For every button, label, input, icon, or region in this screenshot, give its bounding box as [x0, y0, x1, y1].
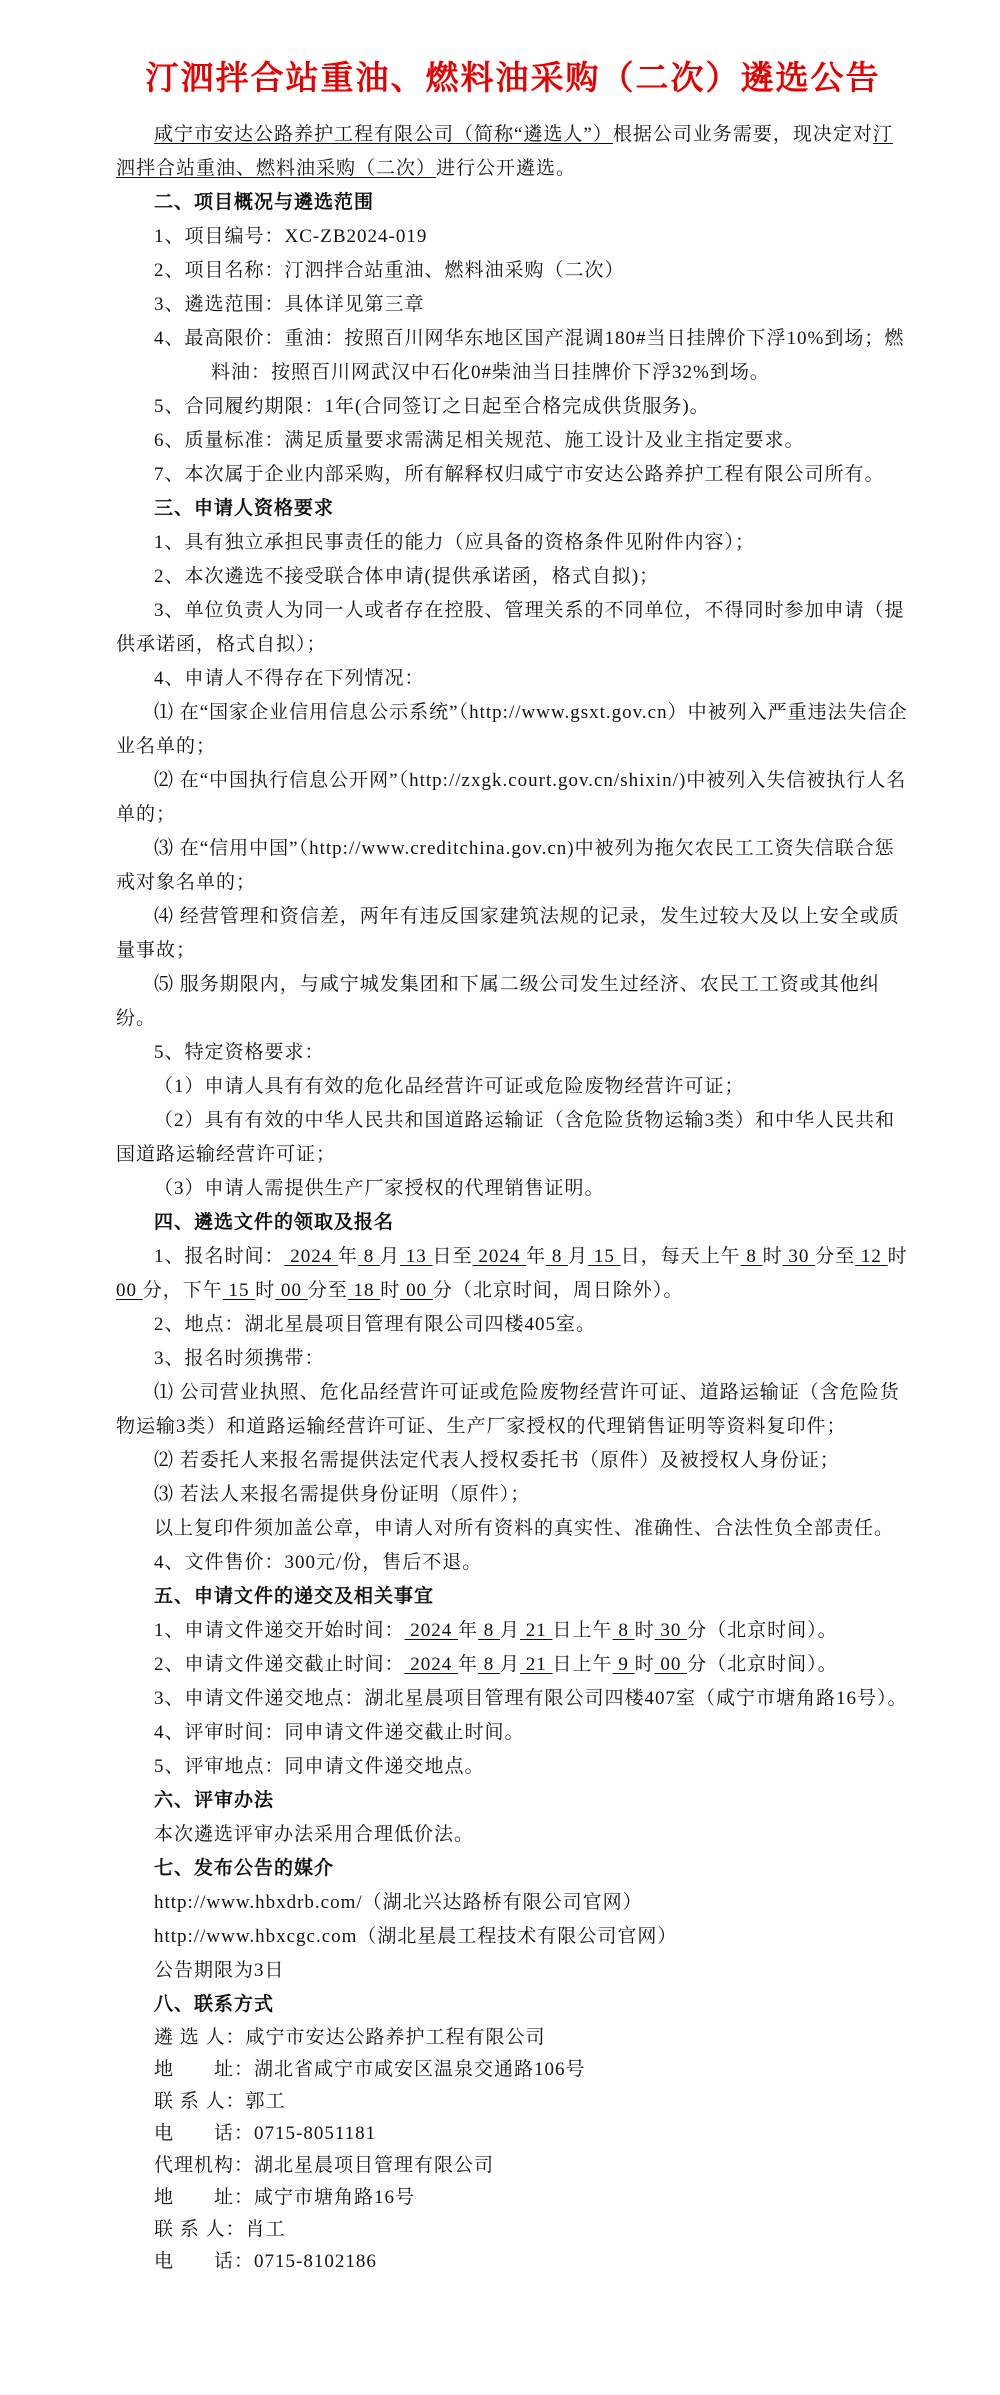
contact-value: 湖北省咸宁市咸安区温泉交通路106号 [254, 2059, 586, 2080]
specific-qualification-sub-item: （1）申请人具有有效的危化品经营许可证或危险废物经营许可证； [116, 1070, 910, 1104]
contact-label: 联 系 人： [154, 2219, 246, 2240]
qualification-item: 1、具有独立承担民事责任的能力（应具备的资格条件见附件内容）； [116, 526, 910, 560]
contact-value: 0715-8051181 [254, 2123, 376, 2144]
price-limit-item: 4、最高限价：重油：按照百川网华东地区国产混调180#当日挂牌价下浮10%到场；… [116, 322, 910, 390]
disqualification-sub-item: ⑶ 在“信用中国”（http://www.creditchina.gov.cn)… [116, 832, 910, 900]
contact-label: 地 址： [154, 2187, 254, 2208]
announcement-url: http://www.hbxcgc.com（湖北星晨工程技术有限公司官网） [116, 1920, 910, 1954]
qualification-item: 4、申请人不得存在下列情况： [116, 662, 910, 696]
specific-qualification-sub-item: （2）具有有效的中华人民共和国道路运输证（含危险货物运输3类）和中华人民共和国道… [116, 1104, 910, 1172]
quality-standard-item: 6、质量标准：满足质量要求需满足相关规范、施工设计及业主指定要求。 [116, 424, 910, 458]
section-8-heading: 八、联系方式 [116, 1988, 910, 2022]
announcement-period: 公告期限为3日 [116, 1954, 910, 1988]
section-3-heading: 三、申请人资格要求 [116, 492, 910, 526]
disqualification-sub-item: ⑵ 在“中国执行信息公开网”（http://zxgk.court.gov.cn/… [116, 764, 910, 832]
contact-row-person: 联 系 人：郭工 [116, 2086, 910, 2118]
section-5-heading: 五、申请文件的递交及相关事宜 [116, 1580, 910, 1614]
contact-label: 地 址： [154, 2059, 254, 2080]
qualification-item: 5、特定资格要求： [116, 1036, 910, 1070]
submission-start-item: 1、申请文件递交开始时间： 2024 年 8 月 21 日上午 8 时 30 分… [116, 1614, 910, 1648]
contact-label: 联 系 人： [154, 2091, 246, 2112]
contact-value: 郭工 [246, 2091, 286, 2112]
contact-label: 电 话： [154, 2251, 254, 2272]
contact-row-selector: 遴 选 人：咸宁市安达公路养护工程有限公司 [116, 2022, 910, 2054]
disqualification-sub-item: ⑸ 服务期限内，与咸宁城发集团和下属二级公司发生过经济、农民工工资或其他纠纷。 [116, 968, 910, 1036]
contact-value: 咸宁市塘角路16号 [254, 2187, 415, 2208]
contact-value: 肖工 [246, 2219, 286, 2240]
contact-row-agency-address: 地 址：咸宁市塘角路16号 [116, 2182, 910, 2214]
announcement-document: 汀泗拌合站重油、燃料油采购（二次）遴选公告 咸宁市安达公路养护工程有限公司（简称… [0, 0, 1000, 2395]
contract-term-item: 5、合同履约期限：1年(合同签订之日起至合格完成供货服务)。 [116, 390, 910, 424]
project-name-item: 2、项目名称：汀泗拌合站重油、燃料油采购（二次） [116, 254, 910, 288]
registration-bring-sub-item: ⑴ 公司营业执照、危化品经营许可证或危险废物经营许可证、道路运输证（含危险货物运… [116, 1376, 910, 1444]
section-6-heading: 六、评审办法 [116, 1784, 910, 1818]
copies-note-paragraph: 以上复印件须加盖公章，申请人对所有资料的真实性、准确性、合法性负全部责任。4、文… [116, 1512, 910, 1580]
review-place-item: 5、评审地点：同申请文件递交地点。 [116, 1750, 910, 1784]
announcement-url: http://www.hbxdrb.com/（湖北兴达路桥有限公司官网） [116, 1886, 910, 1920]
section-7-heading: 七、发布公告的媒介 [116, 1852, 910, 1886]
contact-row-address: 地 址：湖北省咸宁市咸安区温泉交通路106号 [116, 2054, 910, 2086]
specific-qualification-sub-item: （3）申请人需提供生产厂家授权的代理销售证明。 [116, 1172, 910, 1206]
contact-row-agency-person: 联 系 人：肖工 [116, 2214, 910, 2246]
selection-scope-item: 3、遴选范围：具体详见第三章 [116, 288, 910, 322]
contact-row-phone: 电 话：0715-8051181 [116, 2118, 910, 2150]
qualification-item: 2、本次遴选不接受联合体申请(提供承诺函，格式自拟)； [116, 560, 910, 594]
contact-value: 湖北星晨项目管理有限公司 [254, 2155, 494, 2176]
review-time-item: 4、评审时间：同申请文件递交截止时间。 [116, 1716, 910, 1750]
registration-bring-sub-item: ⑶ 若法人来报名需提供身份证明（原件）； [116, 1478, 910, 1512]
internal-procurement-item: 7、本次属于企业内部采购，所有解释权归咸宁市安达公路养护工程有限公司所有。 [116, 458, 910, 492]
registration-bring-item: 3、报名时须携带： [116, 1342, 910, 1376]
contact-label: 代理机构： [154, 2155, 254, 2176]
review-method-paragraph: 本次遴选评审办法采用合理低价法。 [116, 1818, 910, 1852]
section-4-heading: 四、遴选文件的领取及报名 [116, 1206, 910, 1240]
intro-paragraph: 咸宁市安达公路养护工程有限公司（简称“遴选人”）根据公司业务需要，现决定对汀泗拌… [116, 118, 910, 186]
project-number-item: 1、项目编号：XC-ZB2024-019 [116, 220, 910, 254]
registration-bring-sub-item: ⑵ 若委托人来报名需提供法定代表人授权委托书（原件）及被授权人身份证； [116, 1444, 910, 1478]
disqualification-sub-item: ⑷ 经营管理和资信差，两年有违反国家建筑法规的记录，发生过较大及以上安全或质量事… [116, 900, 910, 968]
contact-row-agency: 代理机构：湖北星晨项目管理有限公司 [116, 2150, 910, 2182]
contact-label: 电 话： [154, 2123, 254, 2144]
disqualification-sub-item: ⑴ 在“国家企业信用信息公示系统”（http://www.gsxt.gov.cn… [116, 696, 910, 764]
submission-place-item: 3、申请文件递交地点：湖北星晨项目管理有限公司四楼407室（咸宁市塘角路16号）… [116, 1682, 910, 1716]
registration-place-item: 2、地点：湖北星晨项目管理有限公司四楼405室。 [116, 1308, 910, 1342]
contact-value: 0715-8102186 [254, 2251, 377, 2272]
contact-value: 咸宁市安达公路养护工程有限公司 [246, 2027, 546, 2048]
page-title: 汀泗拌合站重油、燃料油采购（二次）遴选公告 [116, 54, 910, 102]
section-2-heading: 二、项目概况与遴选范围 [116, 186, 910, 220]
submission-deadline-item: 2、申请文件递交截止时间： 2024 年 8 月 21 日上午 9 时 00 分… [116, 1648, 910, 1682]
qualification-item: 3、单位负责人为同一人或者存在控股、管理关系的不同单位，不得同时参加申请（提供承… [116, 594, 910, 662]
contact-label: 遴 选 人： [154, 2027, 246, 2048]
contact-row-agency-phone: 电 话：0715-8102186 [116, 2246, 910, 2278]
registration-time-item: 1、报名时间： 2024 年 8 月 13 日至 2024 年 8 月 15 日… [116, 1240, 910, 1308]
